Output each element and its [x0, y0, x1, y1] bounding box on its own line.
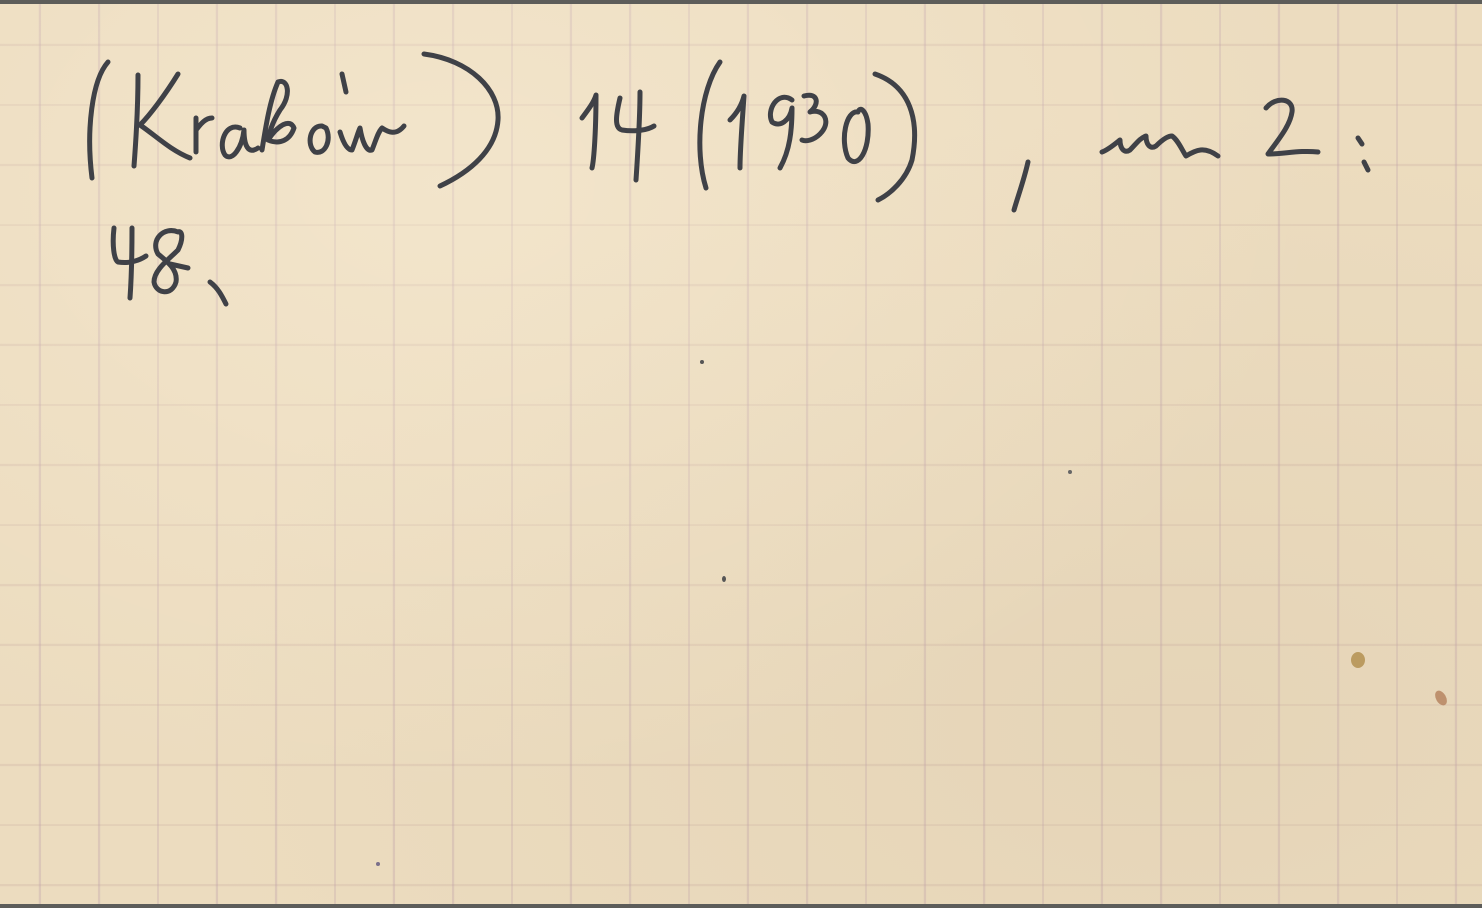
comma — [1014, 162, 1028, 210]
digit-1 — [582, 95, 596, 168]
digit-8 — [154, 231, 182, 292]
digit-4 — [617, 98, 655, 131]
digit-1b — [730, 96, 744, 168]
handwriting — [0, 0, 1482, 908]
digit-9 — [770, 97, 792, 168]
close-paren — [424, 54, 498, 186]
letter-K — [134, 75, 138, 166]
open-paren-2 — [700, 62, 720, 188]
digit-2 — [1266, 100, 1318, 154]
close-paren-2 — [875, 74, 915, 200]
colon-bottom — [1364, 162, 1368, 170]
open-paren — [90, 62, 108, 178]
digit-0 — [844, 109, 868, 161]
digit-3 — [802, 95, 826, 141]
letters-nr — [1102, 136, 1218, 156]
comma-2 — [210, 282, 226, 304]
colon-top — [1358, 138, 1362, 144]
